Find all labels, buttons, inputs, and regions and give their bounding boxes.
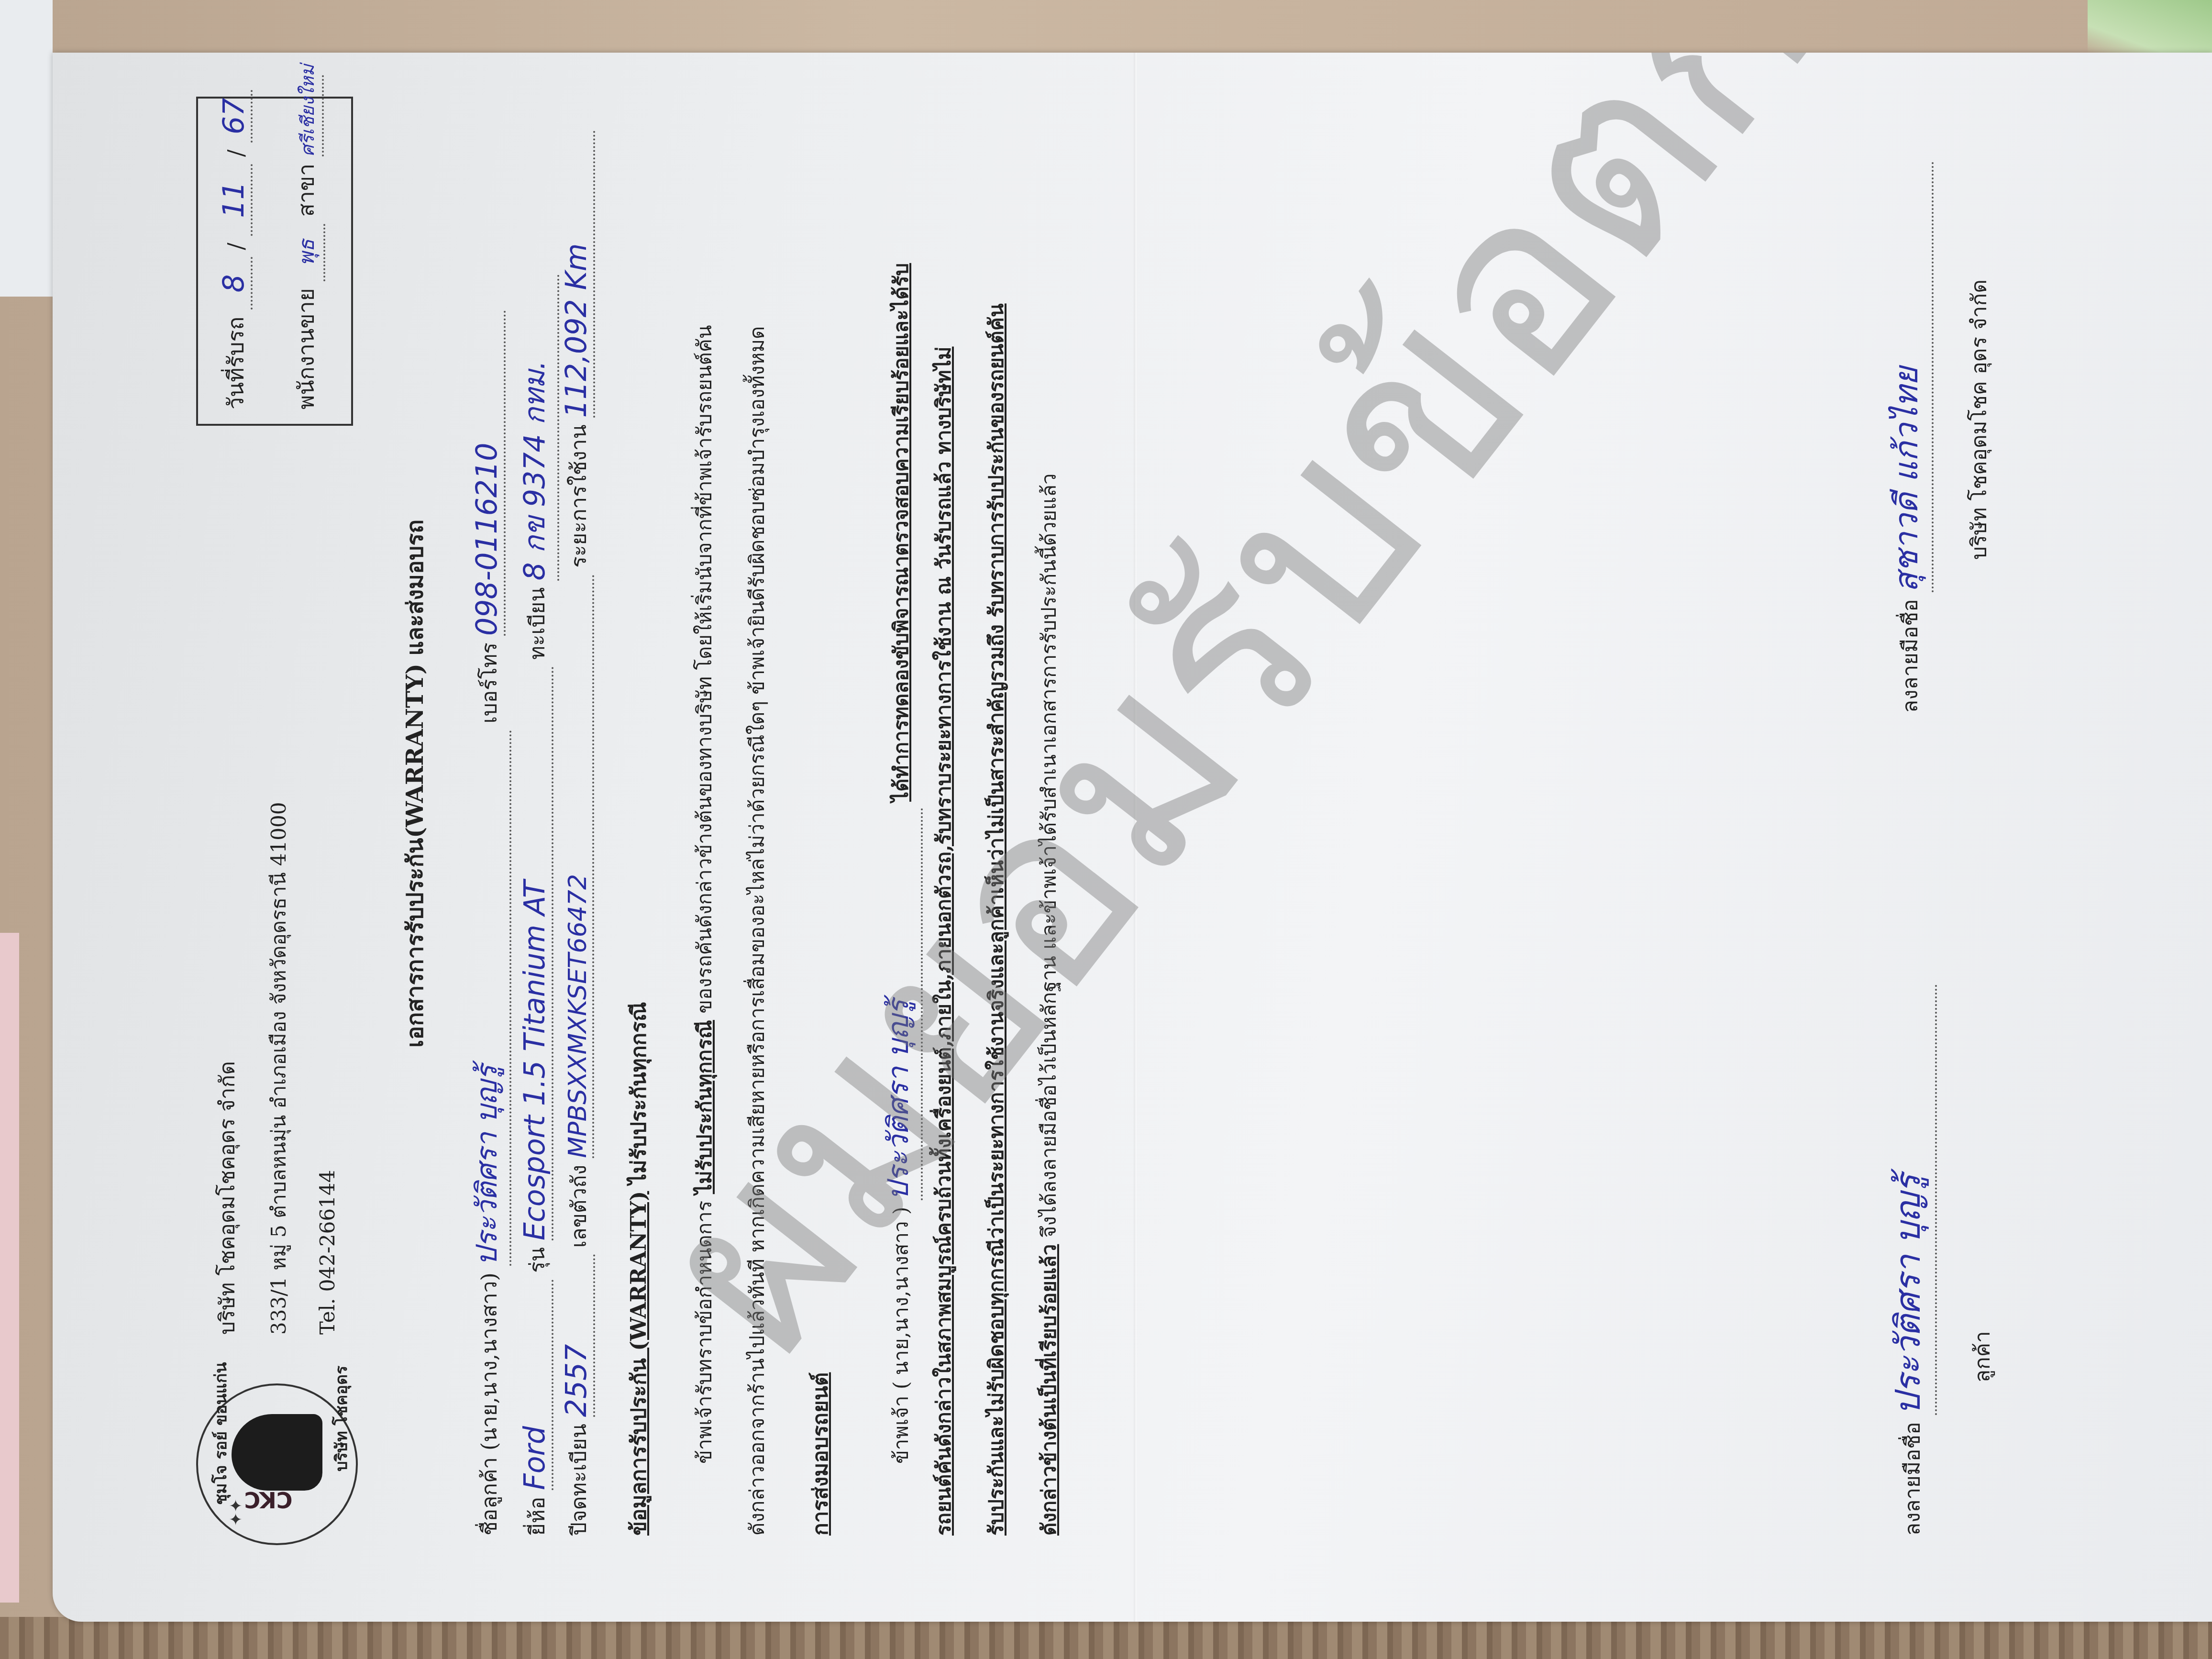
model-label: รุ่น: [525, 1247, 550, 1273]
customer-signature-block: ลงลายมือชื่อ ประวัติศรา บุญรู้ ลูกค้า: [1880, 984, 1999, 1536]
logo-ring-text: ชุมโจ รอย์ ขอนแก่น: [208, 1362, 233, 1505]
plate-value: 8 กข 9374 กทม.: [518, 361, 552, 581]
warranty-text: ของรถคันดังกล่าวข้างต้นของทางบริษัท โดยใ…: [693, 325, 716, 1013]
receipt-sales-row: พนักงานขาย พุธ สาขา ศรีเชียงใหม่: [289, 75, 325, 409]
branch-label: สาขา: [293, 164, 319, 217]
sales-label: พนักงานขาย: [293, 288, 319, 409]
company-signature: สุชาวดี แก้วไทย: [1888, 367, 1925, 593]
table-surface: [0, 1617, 2212, 1659]
company-name: บริษัท โชคอุดมโชคอุดร จำกัด: [210, 1061, 244, 1335]
company-caption: บริษัท โชคอุดมโชค อุดร จำกัด: [1962, 162, 1996, 560]
warranty-document: ✦✦ CKC ชุมโจ รอย์ ขอนแก่น บริษัท โชคอุดร…: [53, 53, 2212, 1622]
mileage-value: 112,092 Km: [560, 243, 593, 418]
registration-row: ปีจดทะเบียน 2557 เลขตัวถัง MPBSXXMXKSET6…: [560, 131, 596, 1536]
customer-name-value: ประวัติศรา บุญรู้: [470, 1065, 504, 1266]
delivery-text-underlined: ดังกล่าวข้างต้นเป็นที่เรียบร้อยแล้ว: [1037, 1244, 1061, 1536]
company-signature-block: ลงลายมือชื่อ สุชาวดี แก้วไทย บริษัท โชคอ…: [1880, 162, 1996, 713]
brand-value: Ford: [518, 1426, 552, 1490]
receipt-box: วันที่รับรถ 8 / 11 / 67 พนักงานขาย พุธ ส…: [196, 97, 353, 426]
horse-icon: [232, 1414, 322, 1491]
signature-label: ลงลายมือชื่อ: [1901, 1422, 1925, 1536]
customer-caption: ลูกค้า: [1966, 984, 1999, 1382]
background-object: [0, 933, 19, 1603]
brand-label: ยี่ห้อ: [525, 1497, 550, 1536]
customer-name-row: ชื่อลูกค้า (นาย,นาง,นางสาว) ประวัติศรา บ…: [464, 310, 511, 1536]
company-logo: ✦✦ CKC ชุมโจ รอย์ ขอนแก่น บริษัท โชคอุดร: [196, 1383, 358, 1545]
logo-text: CKC: [244, 1487, 292, 1513]
document-title: เอกสารการรับประกัน(WARRANTY) และส่งมอบรถ: [397, 520, 433, 1048]
receipt-date-row: วันที่รับรถ 8 / 11 / 67: [217, 90, 254, 409]
date-label: วันที่รับรถ: [223, 317, 249, 409]
date-month: 11: [217, 181, 251, 218]
background-sheet: [0, 0, 53, 297]
company-address: 333/1 หมู่ 5 ตำบลหนมุ่น อำเภอเมือง จังหว…: [263, 802, 295, 1335]
plate-label: ทะเบียน: [525, 587, 550, 660]
company-phone: Tel. 042-266144: [316, 1170, 339, 1335]
logo-ring-text: บริษัท โชคอุดร: [328, 1366, 354, 1471]
customer-name-label: ชื่อลูกค้า (นาย,นาง,นางสาว): [477, 1272, 502, 1536]
branch-value: ศรีเชียงใหม่: [297, 65, 318, 157]
signature-label: ลงลายมือชื่อ: [1898, 599, 1923, 713]
sales-value: พุธ: [295, 239, 319, 266]
vehicle-row: ยี่ห้อ Ford รุ่น Ecosport 1.5 Titanium A…: [512, 275, 559, 1536]
delivery-text-underlined: ได้ทำการทดลองขับพิจารณาตรวจสอบความเรียบร…: [889, 263, 913, 802]
date-year: 67: [217, 98, 251, 134]
date-day: 8: [217, 274, 251, 292]
phone-label: เบอร์โทร: [477, 642, 502, 723]
document-page: ✦✦ CKC ชุมโจ รอย์ ขอนแก่น บริษัท โชคอุดร…: [53, 53, 2212, 1622]
model-value: Ecosport 1.5 Titanium AT: [518, 880, 552, 1240]
mileage-label: ระยะการใช้งาน: [567, 424, 591, 567]
reg-year-label: ปีจดทะเบียน: [567, 1424, 591, 1536]
customer-signature: ประวัติศรา บุญรู้: [1888, 1174, 1928, 1416]
vin-value: MPBSXXMXKSET66472: [564, 874, 592, 1158]
reg-year-value: 2557: [560, 1344, 593, 1417]
phone-value: 098-0116210: [470, 443, 504, 636]
